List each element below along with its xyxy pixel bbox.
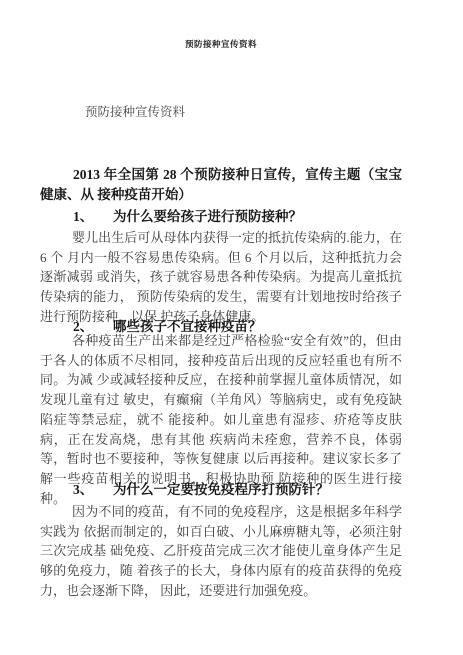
- section-3-heading: 3、为什么一定要按免疫程序打预防针？: [40, 480, 402, 500]
- section-1-paragraph: 婴儿出生后可从母体内获得一定的抵抗传染病的.能力，在 6 个 月内一般不容易患传…: [40, 228, 402, 327]
- document-page: 预防接种宣传资料 预防接种宣传资料 2013 年全国第 28 个预防接种日宣传，…: [0, 0, 463, 655]
- section-1-heading: 1、为什么要给孩子进行预防接种？: [40, 207, 402, 227]
- main-heading: 2013 年全国第 28 个预防接种日宣传，宣传主题（宝宝健康、从 接种疫苗开始…: [40, 165, 402, 205]
- document-title: 预防接种宣传资料: [85, 104, 185, 121]
- page-header-text: 预防接种宣传资料: [40, 38, 402, 50]
- section-3-number: 3、: [73, 480, 113, 500]
- section-1-number: 1、: [73, 207, 113, 227]
- section-1-heading-label: 为什么要给孩子进行预防接种？: [113, 209, 302, 224]
- section-3-paragraph: 因为不同的疫苗，有不同的免疫程序，这是根据多年科学实践为 依据而制定的，如百白破…: [40, 502, 402, 601]
- section-3-heading-label: 为什么一定要按免疫程序打预防针？: [113, 482, 329, 497]
